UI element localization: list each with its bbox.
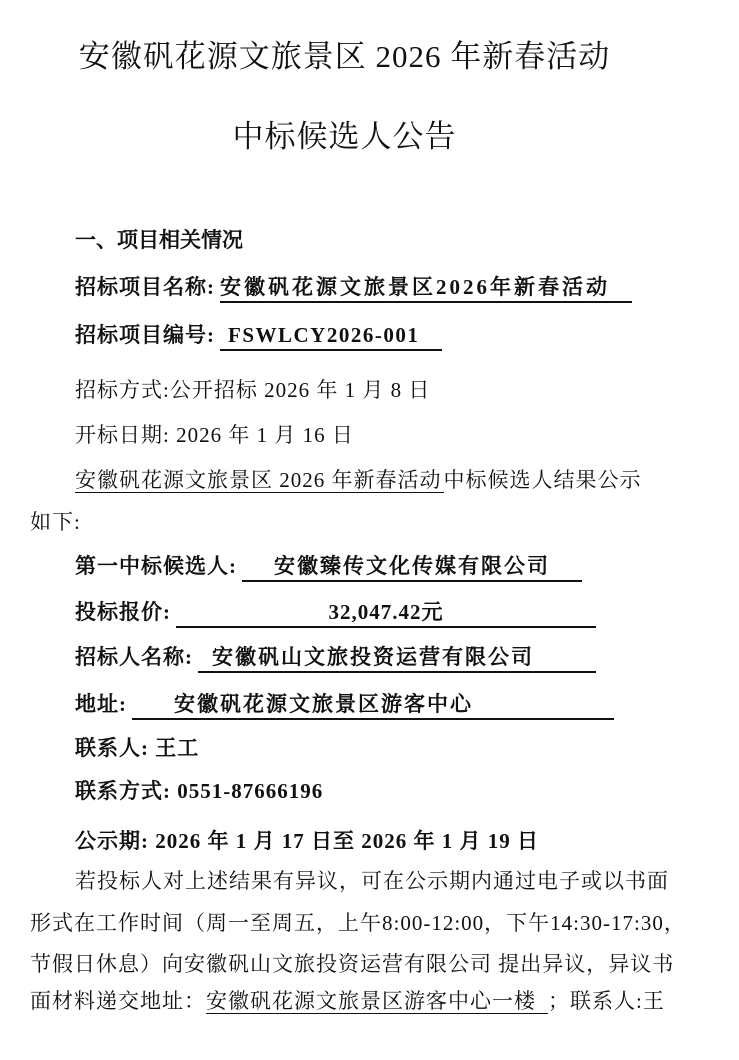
field-tenderer: 招标人名称:安徽矾山文旅投资运营有限公司 (30, 643, 659, 673)
field-bid-method: 招标方式:公开招标 2026 年 1 月 8 日 (30, 376, 659, 404)
delivery-address-underlined: 安徽矾花源文旅景区游客中心一楼 (206, 989, 548, 1014)
bid-price-value: 32,047.42元 (176, 598, 596, 628)
result-intro-line: 安徽矾花源文旅景区 2026 年新春活动中标候选人结果公示 (30, 466, 659, 494)
tenderer-label: 招标人名称: (75, 645, 193, 669)
address-label: 地址: (75, 692, 127, 716)
objection-paragraph-line2: 形式在工作时间（周一至周五，上午8:00-12:00，下午14:30-17:30… (30, 909, 659, 937)
field-bid-price: 投标报价:32,047.42元 (30, 598, 659, 628)
field-project-name: 招标项目名称:安徽矾花源文旅景区2026年新春活动 (30, 273, 659, 303)
address-value: 安徽矾花源文旅景区游客中心 (132, 690, 614, 720)
bid-price-label: 投标报价: (75, 600, 171, 624)
objection-paragraph-line4: 面材料递交地址：安徽矾花源文旅景区游客中心一楼；联系人:王 (30, 987, 659, 1015)
field-project-code: 招标项目编号:FSWLCY2026-001 (30, 321, 659, 351)
result-intro-wrap: 如下: (30, 508, 659, 536)
first-candidate-label: 第一中标候选人: (75, 554, 237, 578)
objection-paragraph-line3: 节假日休息）向安徽矾山文旅投资运营有限公司 提出异议，异议书 (30, 950, 659, 978)
field-first-candidate: 第一中标候选人:安徽臻传文化传媒有限公司 (30, 552, 659, 582)
field-contact-phone: 联系方式: 0551-87666196 (30, 777, 659, 805)
tenderer-value: 安徽矾山文旅投资运营有限公司 (198, 643, 596, 673)
project-code-value: FSWLCY2026-001 (220, 321, 442, 351)
section-heading: 一、项目相关情况 (30, 228, 659, 253)
field-open-date: 开标日期: 2026 年 1 月 16 日 (30, 421, 659, 449)
field-contact-person: 联系人: 王工 (30, 734, 659, 762)
field-address: 地址:安徽矾花源文旅景区游客中心 (30, 690, 659, 720)
objection-paragraph-line1: 若投标人对上述结果有异议，可在公示期内通过电子或以书面 (30, 867, 659, 895)
announcement-document: 安徽矾花源文旅景区 2026 年新春活动 中标候选人公告 一、项目相关情况 招标… (0, 0, 739, 1060)
delivery-address-label: 面材料递交地址： (30, 989, 206, 1013)
page-title-line1: 安徽矾花源文旅景区 2026 年新春活动 (30, 35, 659, 79)
delivery-address-suffix: ；联系人:王 (548, 989, 665, 1013)
result-intro-rest: 中标候选人结果公示 (444, 468, 642, 492)
project-code-label: 招标项目编号: (75, 323, 215, 347)
project-name-label: 招标项目名称: (75, 275, 215, 299)
page-title-line2: 中标候选人公告 (30, 115, 659, 159)
project-name-value: 安徽矾花源文旅景区2026年新春活动 (220, 273, 632, 303)
first-candidate-value: 安徽臻传文化传媒有限公司 (242, 552, 582, 582)
result-intro-underlined: 安徽矾花源文旅景区 2026 年新春活动 (75, 468, 444, 493)
field-publicity-period: 公示期: 2026 年 1 月 17 日至 2026 年 1 月 19 日 (30, 827, 659, 855)
